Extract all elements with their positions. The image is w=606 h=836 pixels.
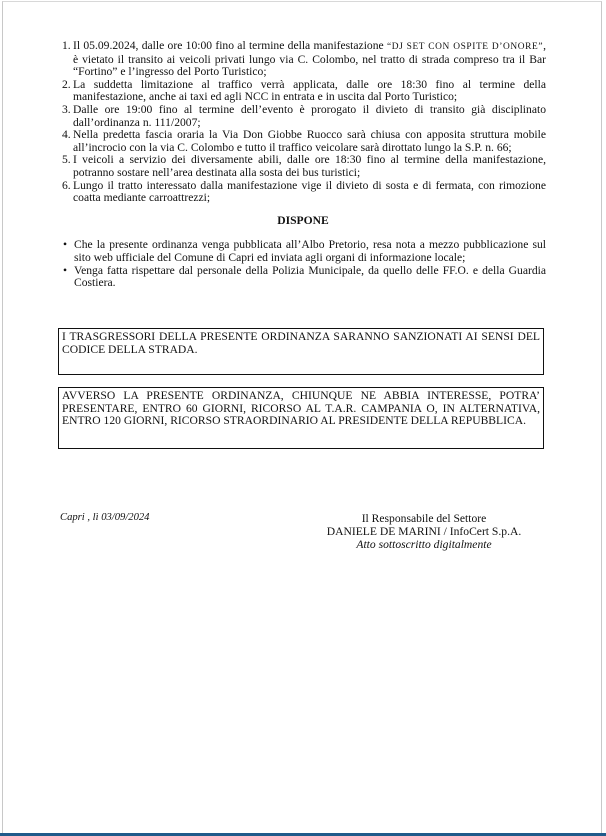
ordinance-text: I veicoli a servizio dei diversamente ab… bbox=[73, 153, 546, 179]
ordinance-text: Nella predetta fascia oraria la Via Don … bbox=[73, 128, 546, 154]
sanctions-notice-box: I TRASGRESSORI DELLA PRESENTE ORDINANZA … bbox=[58, 328, 544, 375]
ordinance-number: 2. bbox=[62, 79, 71, 92]
signature-block: Il Responsabile del Settore DANIELE DE M… bbox=[304, 512, 544, 552]
disposition-list: • Che la presente ordinanza venga pubbli… bbox=[60, 239, 546, 289]
ordinance-text: Lungo il tratto interessato dalla manife… bbox=[73, 179, 546, 205]
ordinance-number: 3. bbox=[62, 104, 71, 117]
ordinance-item-5: 5. I veicoli a servizio dei diversamente… bbox=[60, 154, 546, 179]
disposition-item-2: • Venga fatta rispettare dal personale d… bbox=[60, 265, 546, 290]
ordinance-number: 4. bbox=[62, 129, 71, 142]
disposition-text: Venga fatta rispettare dal personale del… bbox=[74, 264, 546, 290]
signatory-name: DANIELE DE MARINI / InfoCert S.p.A. bbox=[304, 525, 544, 538]
signatory-role: Il Responsabile del Settore bbox=[304, 512, 544, 525]
ordinance-number: 6. bbox=[62, 180, 71, 193]
appeal-notice-box: AVVERSO LA PRESENTE ORDINANZA, CHIUNQUE … bbox=[58, 387, 544, 449]
bullet-icon: • bbox=[63, 239, 67, 252]
ordinance-number: 1. bbox=[62, 40, 71, 53]
disposition-item-1: • Che la presente ordinanza venga pubbli… bbox=[60, 239, 546, 264]
disposition-text: Che la presente ordinanza venga pubblica… bbox=[74, 238, 546, 264]
place-date: Capri , lì 03/09/2024 bbox=[60, 512, 149, 523]
ordinance-text: Dalle ore 19:00 fino al termine dell’eve… bbox=[73, 103, 546, 129]
dispone-heading: DISPONE bbox=[60, 215, 546, 228]
digital-signature-note: Atto sottoscritto digitalmente bbox=[304, 538, 544, 551]
ordinance-item-4: 4. Nella predetta fascia oraria la Via D… bbox=[60, 129, 546, 154]
bullet-icon: • bbox=[63, 265, 67, 278]
appeal-notice-text: AVVERSO LA PRESENTE ORDINANZA, CHIUNQUE … bbox=[62, 389, 540, 427]
event-name: “DJ SET CON OSPITE D’ONORE” bbox=[387, 42, 543, 52]
ordinance-text: Il 05.09.2024, dalle ore 10:00 fino al t… bbox=[73, 39, 387, 52]
ordinance-list: 1. Il 05.09.2024, dalle ore 10:00 fino a… bbox=[60, 40, 546, 205]
ordinance-item-3: 3. Dalle ore 19:00 fino al termine dell’… bbox=[60, 104, 546, 129]
sanctions-notice-text: I TRASGRESSORI DELLA PRESENTE ORDINANZA … bbox=[62, 330, 540, 356]
ordinance-text: La suddetta limitazione al traffico verr… bbox=[73, 78, 546, 104]
ordinance-item-2: 2. La suddetta limitazione al traffico v… bbox=[60, 79, 546, 104]
ordinance-item-6: 6. Lungo il tratto interessato dalla man… bbox=[60, 180, 546, 205]
ordinance-item-1: 1. Il 05.09.2024, dalle ore 10:00 fino a… bbox=[60, 40, 546, 79]
ordinance-number: 5. bbox=[62, 154, 71, 167]
document-body: 1. Il 05.09.2024, dalle ore 10:00 fino a… bbox=[60, 40, 546, 290]
